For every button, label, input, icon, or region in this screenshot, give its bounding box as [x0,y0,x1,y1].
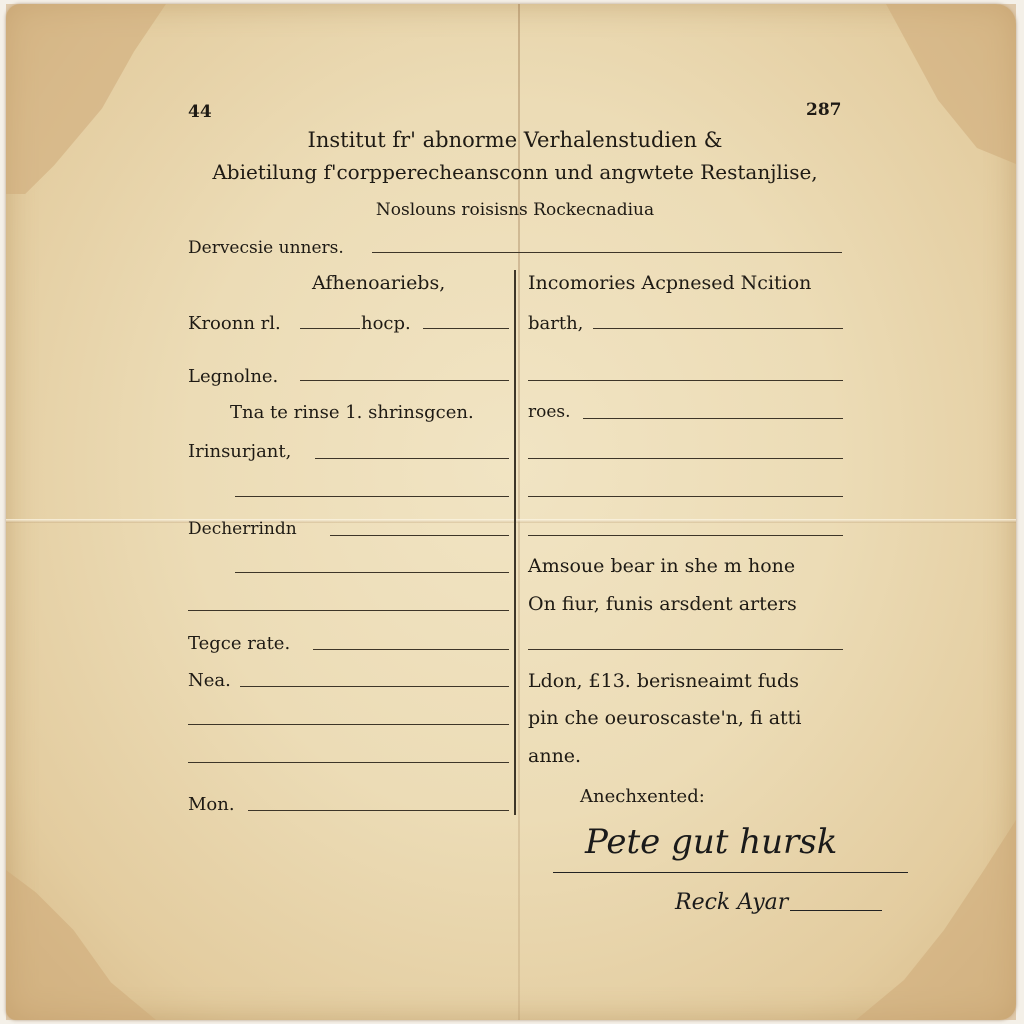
horizontal-fold [6,519,1016,523]
paragraph-line: anne. [528,745,581,767]
field-label: Kroonn rl. [188,313,281,334]
top-field-label: Dervecsie unners. [188,238,344,258]
field-line[interactable] [583,418,843,419]
paragraph-line: On fiur, funis arsdent arters [528,593,797,615]
field-label: Legnolne. [188,366,278,387]
field-line[interactable] [528,458,843,459]
field-line[interactable] [528,496,843,497]
field-line[interactable] [313,649,509,650]
field-label: Nea. [188,670,231,691]
field-line[interactable] [188,724,509,725]
column-divider [514,270,516,815]
field-label: Mon. [188,794,235,815]
field-line[interactable] [188,610,509,611]
field-label: barth, [528,313,583,334]
vertical-fold [518,4,520,1020]
paragraph-line: Amsoue bear in she m hone [528,555,795,577]
field-line[interactable] [248,810,509,811]
institute-title: Institut fr' abnorme Verhalenstudien & [180,128,850,152]
field-line[interactable] [528,535,843,536]
field-line[interactable] [528,380,843,381]
field-line[interactable] [528,649,843,650]
subtitle: Noslouns roisisns Rockecnadiua [180,200,850,220]
paragraph-line: pin che oeuroscaste'n, fi atti [528,707,801,729]
field-line[interactable] [300,328,360,329]
field-line[interactable] [330,535,509,536]
torn-corner-top-left [6,4,166,194]
acknowledged-label: Anechxented: [580,786,705,807]
field-label: Irinsurjant, [188,441,291,462]
left-column-heading: Afhenoariebs, [312,272,445,294]
page-number-right: 287 [806,100,842,120]
field-line[interactable] [300,380,509,381]
page-number-left: 44 [188,102,212,122]
field-line[interactable] [240,686,509,687]
right-column-heading: Incomories Acpnesed Ncition [528,272,811,294]
paragraph-line: Ldon, £13. berisneaimt fuds [528,670,799,692]
signature-line[interactable] [553,872,908,873]
department-title: Abietilung f'corpperecheansconn und angw… [180,160,850,184]
field-line[interactable] [423,328,509,329]
torn-corner-bottom-right [856,820,1016,1020]
torn-corner-top-right [886,4,1016,164]
secondary-signature: Reck Ayar [675,890,788,915]
field-sublabel: hocp. [361,313,411,334]
field-label: Tegce rate. [188,633,290,654]
field-line[interactable] [188,762,509,763]
field-label: Tna te rinse 1. shrinsgcen. [230,402,474,423]
primary-signature: Pete gut hursk [585,822,837,862]
field-label: Decherrindn [188,519,297,539]
field-line[interactable] [235,572,509,573]
field-label: roes. [528,402,571,422]
top-field-line[interactable] [372,252,842,253]
field-line[interactable] [593,328,843,329]
aged-paper-form [6,4,1016,1020]
secondary-signature-stroke [790,910,882,911]
field-line[interactable] [235,496,509,497]
torn-corner-bottom-left [6,870,156,1020]
field-line[interactable] [315,458,509,459]
